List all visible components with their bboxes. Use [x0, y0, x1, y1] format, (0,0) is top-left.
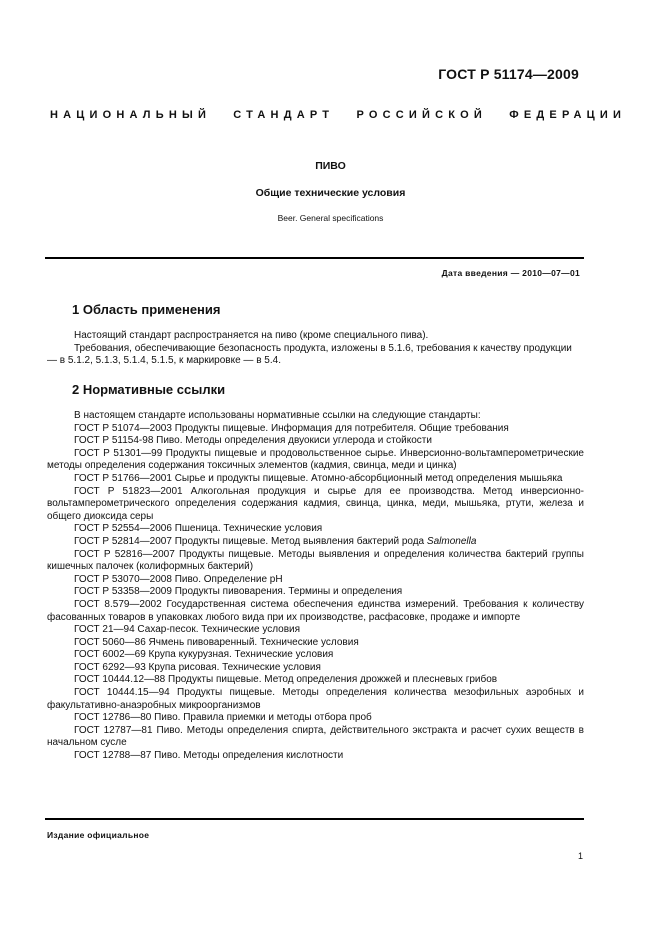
english-title: Beer. General specifications: [0, 213, 661, 223]
document-code: ГОСТ Р 51174—2009: [438, 66, 579, 82]
reference-item: ГОСТ 6292—93 Крупа рисовая. Технические …: [47, 662, 584, 675]
reference-item: ГОСТ 10444.15—94 Продукты пищевые. Метод…: [47, 687, 584, 712]
reference-item: ГОСТ Р 52814—2007 Продукты пищевые. Мето…: [47, 536, 584, 549]
reference-item: ГОСТ 5060—86 Ячмень пивоваренный. Технич…: [47, 637, 584, 650]
reference-item: ГОСТ 6002—69 Крупа кукурузная. Техническ…: [47, 649, 584, 662]
reference-item: ГОСТ 8.579—2002 Государственная система …: [47, 599, 584, 624]
reference-item: ГОСТ Р 51766—2001 Сырье и продукты пищев…: [47, 473, 584, 486]
reference-item: ГОСТ 12786—80 Пиво. Правила приемки и ме…: [47, 712, 584, 725]
section-body: Настоящий стандарт распространяется на п…: [47, 330, 584, 368]
paragraph: Требования, обеспечивающие безопасность …: [47, 343, 584, 368]
reference-item: ГОСТ 21—94 Сахар-песок. Технические усло…: [47, 624, 584, 637]
reference-item: ГОСТ Р 53358—2009 Продукты пивоварения. …: [47, 586, 584, 599]
section-heading: 1 Область применения: [72, 302, 221, 317]
page-number: 1: [578, 851, 583, 861]
edition-note: Издание официальное: [47, 830, 149, 840]
introduction-date: Дата введения — 2010—07—01: [442, 268, 580, 278]
section-body: В настоящем стандарте использованы норма…: [47, 410, 584, 763]
reference-item: ГОСТ 10444.12—88 Продукты пищевые. Метод…: [47, 674, 584, 687]
document-title: ПИВО: [0, 160, 661, 172]
section-heading: 2 Нормативные ссылки: [72, 382, 225, 397]
reference-item: ГОСТ Р 53070—2008 Пиво. Определение pH: [47, 574, 584, 587]
national-standard-banner: НАЦИОНАЛЬНЫЙ СТАНДАРТ РОССИЙСКОЙ ФЕДЕРАЦ…: [50, 109, 579, 121]
reference-item: ГОСТ Р 51823—2001 Алкогольная продукция …: [47, 486, 584, 524]
reference-item: ГОСТ 12788—87 Пиво. Методы определения к…: [47, 750, 584, 763]
reference-item: ГОСТ Р 52554—2006 Пшеница. Технические у…: [47, 523, 584, 536]
reference-item: ГОСТ Р 51301—99 Продукты пищевые и продо…: [47, 448, 584, 473]
header-divider: [45, 257, 584, 259]
reference-item: ГОСТ Р 51154-98 Пиво. Методы определения…: [47, 435, 584, 448]
reference-item: ГОСТ 12787—81 Пиво. Методы определения с…: [47, 725, 584, 750]
paragraph: В настоящем стандарте использованы норма…: [47, 410, 584, 423]
reference-item: ГОСТ Р 52816—2007 Продукты пищевые. Мето…: [47, 549, 584, 574]
footer-divider: [45, 818, 584, 820]
paragraph: Настоящий стандарт распространяется на п…: [47, 330, 584, 343]
reference-item: ГОСТ Р 51074—2003 Продукты пищевые. Инфо…: [47, 423, 584, 436]
document-subtitle: Общие технические условия: [0, 187, 661, 199]
